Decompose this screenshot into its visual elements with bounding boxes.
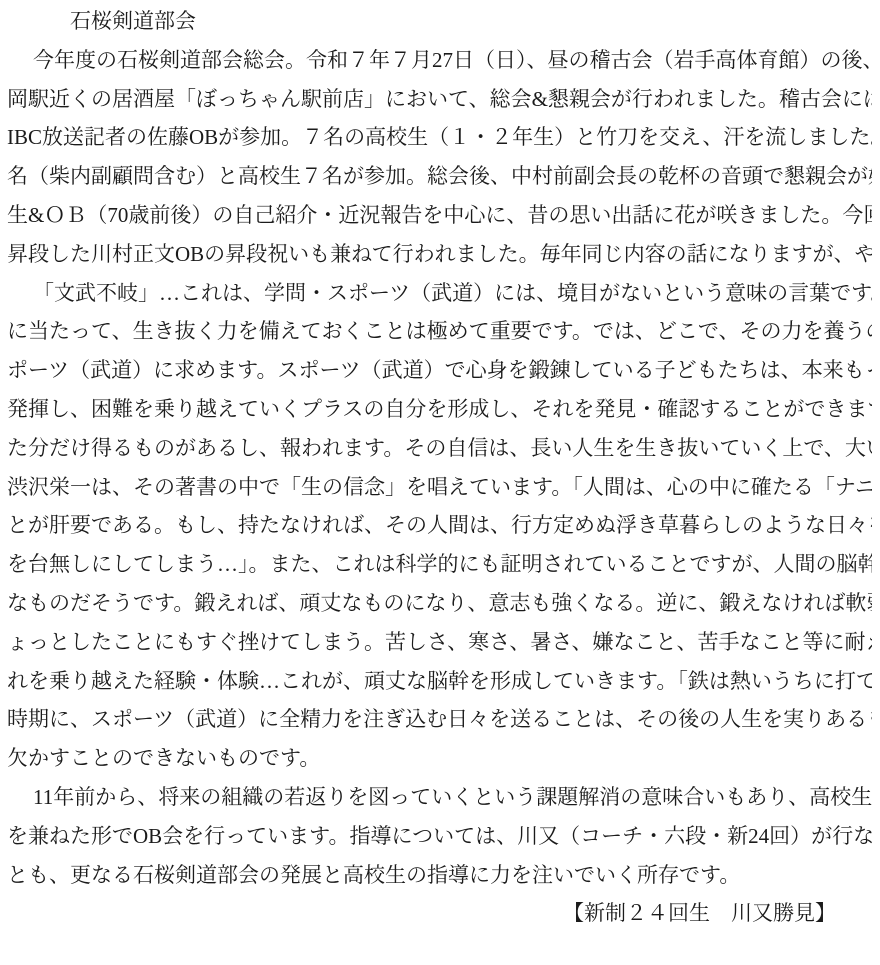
text-line: IBC放送記者の佐藤OBが参加。７名の高校生（１・２年生）と竹刀を交え、汗を流し… [7, 118, 872, 157]
text-line: 時期に、スポーツ（武道）に全精力を注ぎ込む日々を送ることは、その後の人生を実りあ… [7, 700, 872, 739]
text-line: 昇段した川村正文OBの昇段祝いも兼ねて行われました。毎年同じ内容の話になりますが… [7, 235, 872, 274]
text-line: 渋沢栄一は、その著書の中で「生の信念」を唱えています。「人間は、心の中に確たる「… [7, 468, 872, 507]
text-line: 11年前から、将来の組織の若返りを図っていくという課題解消の意味合いもあり、高校… [7, 778, 872, 817]
text-line: た分だけ得るものがあるし、報われます。その自信は、長い人生を生き抜いていく上で、… [7, 429, 872, 468]
text-line: を兼ねた形でOB会を行っています。指導については、川又（コーチ・六段・新24回）… [7, 817, 872, 856]
text-line: れを乗り越えた経験・体験…これが、頑丈な脳幹を形成していきます。「鉄は熱いうちに… [7, 662, 872, 701]
text-line: なものだそうです。鍛えれば、頑丈なものになり、意志も強くなる。逆に、鍛えなければ… [7, 584, 872, 623]
text-line: に当たって、生き抜く力を備えておくことは極めて重要です。では、どこで、その力を養… [7, 312, 872, 351]
text-line: 生&ＯＢ（70歳前後）の自己紹介・近況報告を中心に、昔の思い出話に花が咲きました… [7, 196, 872, 235]
text-line: 「文武不岐」…これは、学問・スポーツ（武道）には、境目がないという意味の言葉です… [7, 274, 872, 313]
text-line: 名（柴内副顧問含む）と高校生７名が参加。総会後、中村前副会長の乾杯の音頭で懇親会… [7, 157, 872, 196]
document-title: 石桜剣道部会 [7, 2, 872, 41]
document-page: 石桜剣道部会 今年度の石桜剣道部会総会。令和７年７月27日（日）、昼の稽古会（岩… [0, 0, 880, 965]
text-line: を台無しにしてしまう…」。また、これは科学的にも証明されていることですが、人間の… [7, 545, 872, 584]
text-line: 今年度の石桜剣道部会総会。令和７年７月27日（日）、昼の稽古会（岩手高体育館）の… [7, 41, 872, 80]
text-line: 欠かすことのできないものです。 [7, 739, 872, 778]
paragraph-ob-kai: 11年前から、将来の組織の若返りを図っていくという課題解消の意味合いもあり、高校… [7, 778, 872, 894]
text-line: とが肝要である。もし、持たなければ、その人間は、行方定めぬ浮き草暮らしのような日… [7, 506, 872, 545]
paragraph-overview: 今年度の石桜剣道部会総会。令和７年７月27日（日）、昼の稽古会（岩手高体育館）の… [7, 41, 872, 274]
text-line: 岡駅近くの居酒屋「ぼっちゃん駅前店」において、総会&懇親会が行われました。稽古会… [7, 80, 872, 119]
text-line: とも、更なる石桜剣道部会の発展と高校生の指導に力を注いでいく所存です。 [7, 856, 872, 895]
signature-line: 【新制２４回生 川又勝見】 [7, 894, 872, 933]
text-line: ょっとしたことにもすぐ挫けてしまう。苦しさ、寒さ、暑さ、嫌なこと、苦手なこと等に… [7, 623, 872, 662]
paragraph-bunbu-fuki: 「文武不岐」…これは、学問・スポーツ（武道）には、境目がないという意味の言葉です… [7, 274, 872, 778]
text-line: ポーツ（武道）に求めます。スポーツ（武道）で心身を鍛錬している子どもたちは、本来… [7, 351, 872, 390]
text-line: 発揮し、困難を乗り越えていくプラスの自分を形成し、それを発見・確認することができ… [7, 390, 872, 429]
